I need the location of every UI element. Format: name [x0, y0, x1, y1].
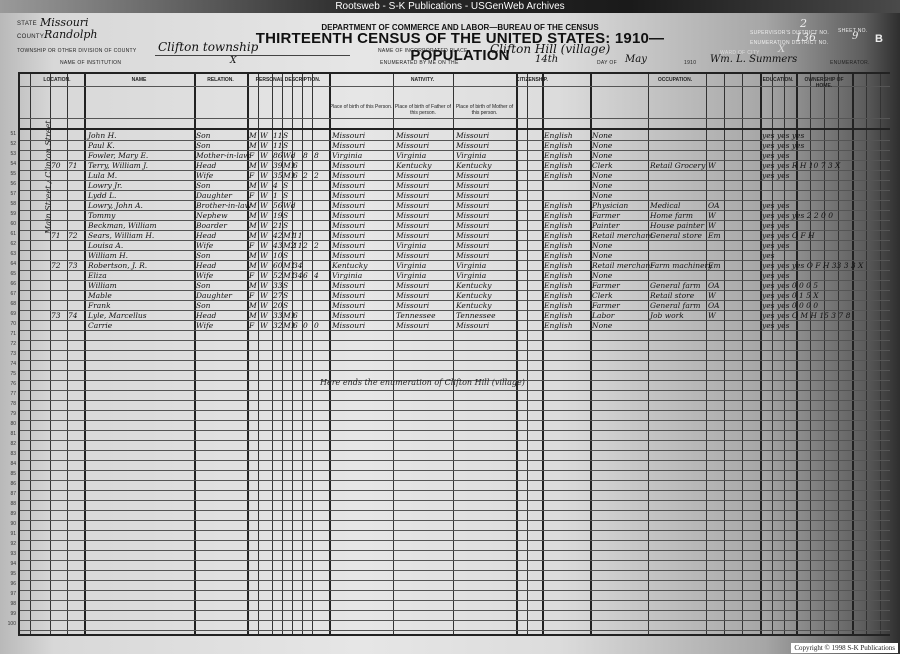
cell-mother: Missouri	[456, 201, 489, 210]
cell-name: William	[88, 281, 117, 290]
cell-relation: Nephew	[196, 211, 228, 220]
colgroup-nativity: Nativity.	[329, 77, 516, 83]
row-divider	[20, 540, 890, 541]
cell-age: 11	[273, 141, 283, 150]
cell-sex: M	[249, 201, 257, 210]
cell-birth: Missouri	[332, 181, 365, 190]
year-label: 1910	[684, 60, 696, 66]
line-number: 62	[4, 241, 16, 247]
cell-trade: None	[592, 321, 612, 330]
cell-edu: yes yes yes	[762, 131, 804, 140]
cell-name: Lula M.	[88, 171, 117, 180]
cell-name: Carrie	[88, 321, 112, 330]
row-divider	[20, 470, 890, 471]
cell-relation: Brother-in-law	[196, 201, 251, 210]
cell-father: Virginia	[396, 261, 426, 270]
cell-family: 72	[68, 231, 78, 240]
cell-age: 32	[273, 321, 283, 330]
line-number: 97	[4, 591, 16, 597]
township-label: Township or other division of county	[17, 48, 137, 54]
line-number: 82	[4, 441, 16, 447]
row-divider	[20, 240, 890, 241]
cell-father: Missouri	[396, 231, 429, 240]
cell-sex: F	[249, 171, 254, 180]
line-number: 71	[4, 331, 16, 337]
cell-yrs: 6	[293, 321, 298, 330]
row-divider	[20, 620, 890, 621]
colgroup-citizenship: Citizenship.	[516, 77, 542, 83]
line-number: 54	[4, 161, 16, 167]
state-label: State	[17, 21, 37, 27]
cell-mother: Kentucky	[456, 281, 492, 290]
cell-marital: S	[283, 211, 288, 220]
line-number: 60	[4, 221, 16, 227]
cell-name: Lowry Jr.	[88, 181, 122, 190]
cell-birth: Missouri	[332, 251, 365, 260]
cell-sex: M	[249, 231, 257, 240]
cell-birth: Missouri	[332, 131, 365, 140]
cell-race: W	[260, 141, 268, 150]
cell-race: W	[260, 161, 268, 170]
cell-marital: S	[283, 141, 288, 150]
cell-father: Missouri	[396, 181, 429, 190]
cell-sex: M	[249, 311, 257, 320]
cell-edu: yes yes yes 2 2 0 0	[762, 211, 833, 220]
line-number: 72	[4, 341, 16, 347]
line-number: 57	[4, 191, 16, 197]
cell-edu: yes yes	[762, 151, 789, 160]
cell-relation: Head	[196, 161, 216, 170]
cell-father: Missouri	[396, 281, 429, 290]
cell-relation: Wife	[196, 171, 213, 180]
cell-race: W	[260, 261, 268, 270]
line-number: 99	[4, 611, 16, 617]
line-number: 79	[4, 411, 16, 417]
line-number: 66	[4, 281, 16, 287]
cell-name: William H.	[88, 251, 128, 260]
cell-name: Lowry, John A.	[88, 201, 143, 210]
line-number: 88	[4, 501, 16, 507]
line-number: 81	[4, 431, 16, 437]
cell-name: Eliza	[88, 271, 107, 280]
cell-birth: Missouri	[332, 301, 365, 310]
line-number: 55	[4, 171, 16, 177]
cell-employ: W	[708, 221, 716, 230]
cell-age: 42	[273, 231, 283, 240]
enumerator-label: Enumerator.	[830, 60, 870, 66]
row-divider	[20, 200, 890, 201]
cell-age: 33	[273, 311, 283, 320]
cell-dwelling: 70	[51, 161, 61, 170]
cell-name: Frank	[88, 301, 111, 310]
cell-trade: None	[592, 181, 612, 190]
cell-trade: Farmer	[592, 301, 620, 310]
cell-edu: yes yes	[762, 321, 789, 330]
cell-relation: Daughter	[196, 291, 232, 300]
supervisor-value: 2	[800, 17, 807, 30]
line-number: 65	[4, 271, 16, 277]
cell-name: Robertson, J. R.	[88, 261, 147, 270]
line-number: 63	[4, 251, 16, 257]
cell-edu: yes yes 0 0 0 5	[762, 281, 818, 290]
cell-father: Missouri	[396, 211, 429, 220]
supervisor-label: Supervisor's District No.	[750, 30, 829, 36]
row-divider	[20, 390, 890, 391]
institution-label: Name of institution	[60, 60, 121, 66]
cell-race: W	[260, 271, 268, 280]
closing-note: Here ends the enumeration of Clifton Hil…	[320, 378, 525, 387]
cell-language: English	[544, 211, 573, 220]
cell-relation: Son	[196, 141, 210, 150]
line-number: 89	[4, 511, 16, 517]
colgroup-education: Education.	[760, 77, 796, 83]
cell-birth: Kentucky	[332, 261, 368, 270]
cell-yrs: 34	[293, 261, 303, 270]
cell-birth: Missouri	[332, 171, 365, 180]
cell-relation: Son	[196, 181, 210, 190]
cell-edu: yes yes yes O F H 33 3 3 X	[762, 261, 863, 270]
cell-name: Tommy	[88, 211, 115, 220]
census-page-scan: Rootsweb - S-K Publications - USGenWeb A…	[0, 0, 900, 654]
cell-language: English	[544, 291, 573, 300]
cell-relation: Head	[196, 311, 216, 320]
cell-name: John H.	[88, 131, 117, 140]
cell-birth: Missouri	[332, 231, 365, 240]
line-number: 67	[4, 291, 16, 297]
line-number: 86	[4, 481, 16, 487]
line-number: 68	[4, 301, 16, 307]
institution-value: X	[230, 56, 236, 66]
cell-language: English	[544, 131, 573, 140]
row-divider	[20, 150, 890, 151]
line-number: 70	[4, 321, 16, 327]
cell-age: 39	[273, 161, 283, 170]
cell-age: 10	[273, 251, 283, 260]
cell-family: 71	[68, 161, 78, 170]
cell-race: W	[260, 231, 268, 240]
cell-birth: Missouri	[332, 191, 365, 200]
cell-living: 2	[314, 241, 319, 250]
cell-born: 6	[303, 271, 308, 280]
colgroup-ownership: Ownership of Home.	[796, 77, 852, 89]
cell-race: W	[260, 181, 268, 190]
line-number: 78	[4, 401, 16, 407]
enumeration-value: 136	[795, 31, 816, 44]
cell-edu: yes yes	[762, 221, 789, 230]
cell-relation: Boarder	[196, 221, 227, 230]
cell-sex: F	[249, 151, 254, 160]
line-number: 87	[4, 491, 16, 497]
cell-mother: Missouri	[456, 321, 489, 330]
cell-sex: M	[249, 281, 257, 290]
row-divider	[20, 260, 890, 261]
cell-employ: OA	[708, 201, 720, 210]
cell-trade: None	[592, 151, 612, 160]
cell-mother: Missouri	[456, 191, 489, 200]
row-divider	[20, 280, 890, 281]
cell-father: Missouri	[396, 251, 429, 260]
cell-language: English	[544, 311, 573, 320]
cell-language: English	[544, 261, 573, 270]
cell-sex: M	[249, 301, 257, 310]
row-divider	[20, 430, 890, 431]
cell-birth: Missouri	[332, 201, 365, 210]
row-divider	[20, 310, 890, 311]
cell-relation: Son	[196, 301, 210, 310]
row-divider	[20, 330, 890, 331]
ward-value: X	[778, 44, 785, 55]
line-number: 84	[4, 461, 16, 467]
cell-sex: M	[249, 261, 257, 270]
ward-label: Ward of city	[720, 50, 760, 56]
cell-race: W	[260, 221, 268, 230]
cell-age: 43	[273, 241, 283, 250]
cell-relation: Head	[196, 261, 216, 270]
line-number: 96	[4, 581, 16, 587]
cell-employ: W	[708, 311, 716, 320]
row-divider	[20, 510, 890, 511]
cell-edu: yes yes O F H	[762, 231, 814, 240]
nativity-self: Place of birth of this Person.	[329, 104, 393, 110]
row-divider	[20, 190, 890, 191]
line-number: 80	[4, 421, 16, 427]
cell-employ: W	[708, 291, 716, 300]
cell-sex: M	[249, 131, 257, 140]
cell-race: W	[260, 171, 268, 180]
day-of-label: day of	[597, 60, 617, 66]
row-divider	[20, 350, 890, 351]
cell-name: Sears, William H.	[88, 231, 154, 240]
cell-relation: Son	[196, 251, 210, 260]
line-number: 59	[4, 211, 16, 217]
cell-dwelling: 73	[51, 311, 61, 320]
cell-race: W	[260, 321, 268, 330]
cell-mother: Missouri	[456, 141, 489, 150]
row-divider	[20, 140, 890, 141]
cell-edu: yes yes 0 0 0 0	[762, 301, 818, 310]
cell-sex: F	[249, 321, 254, 330]
row-divider	[20, 480, 890, 481]
cell-relation: Wife	[196, 271, 213, 280]
cell-born: 8	[303, 151, 308, 160]
row-divider	[20, 320, 890, 321]
cell-birth: Virginia	[332, 151, 362, 160]
line-number: 91	[4, 531, 16, 537]
cell-employ: W	[708, 211, 716, 220]
cell-trade: Labor	[592, 311, 614, 320]
cell-industry: Farm machinery	[650, 261, 712, 270]
cell-employ: OA	[708, 301, 720, 310]
cell-father: Missouri	[396, 141, 429, 150]
row-divider	[20, 520, 890, 521]
cell-father: Missouri	[396, 291, 429, 300]
line-number: 83	[4, 451, 16, 457]
cell-industry: General farm	[650, 281, 700, 290]
cell-race: W	[260, 251, 268, 260]
cell-relation: Daughter	[196, 191, 232, 200]
row-divider	[20, 450, 890, 451]
line-number: 92	[4, 541, 16, 547]
cell-language: English	[544, 281, 573, 290]
cell-living: 4	[314, 271, 319, 280]
cell-race: W	[260, 301, 268, 310]
line-number: 95	[4, 571, 16, 577]
cell-trade: Clerk	[592, 291, 613, 300]
cell-employ: OA	[708, 281, 720, 290]
cell-father: Missouri	[396, 191, 429, 200]
cell-relation: Mother-in-law	[196, 151, 250, 160]
cell-edu: yes	[762, 251, 775, 260]
cell-language: English	[544, 161, 573, 170]
cell-industry: Home farm	[650, 211, 693, 220]
cell-father: Missouri	[396, 301, 429, 310]
cell-mother: Kentucky	[456, 301, 492, 310]
cell-mother: Kentucky	[456, 291, 492, 300]
cell-industry: Medical	[650, 201, 680, 210]
row-divider	[20, 550, 890, 551]
month-value: May	[625, 54, 647, 65]
cell-name: Lydd L.	[88, 191, 116, 200]
cell-age: 86	[273, 151, 283, 160]
cell-name: Beckman, William	[88, 221, 157, 230]
cell-birth: Missouri	[332, 321, 365, 330]
cell-name: Louisa A.	[88, 241, 123, 250]
cell-industry: Retail store	[650, 291, 694, 300]
cell-marital: S	[283, 251, 288, 260]
cell-age: 1	[273, 191, 278, 200]
cell-living: 8	[314, 151, 319, 160]
cell-race: W	[260, 131, 268, 140]
cell-race: W	[260, 291, 268, 300]
nativity-mother: Place of birth of Mother of this person.	[453, 104, 516, 116]
cell-trade: None	[592, 251, 612, 260]
colgroup-location: Location.	[30, 77, 84, 83]
nativity-father: Place of birth of Father of this person.	[393, 104, 453, 116]
cell-edu: yes yes	[762, 171, 789, 180]
cell-employ: W	[708, 161, 716, 170]
cell-trade: None	[592, 191, 612, 200]
cell-language: English	[544, 271, 573, 280]
row-divider	[20, 610, 890, 611]
cell-age: 4	[273, 181, 278, 190]
cell-mother: Missouri	[456, 171, 489, 180]
row-divider	[20, 600, 890, 601]
cell-relation: Son	[196, 131, 210, 140]
cell-family: 73	[68, 261, 78, 270]
cell-relation: Son	[196, 281, 210, 290]
street-name: Main Street / Clinton Street	[44, 120, 53, 234]
colgroup-occupation: Occupation.	[590, 77, 760, 83]
cell-father: Virginia	[396, 151, 426, 160]
cell-born: 2	[303, 241, 308, 250]
cell-yrs: 34	[293, 271, 303, 280]
cell-marital: Wd	[283, 151, 296, 160]
cell-sex: M	[249, 141, 257, 150]
row-divider	[20, 170, 890, 171]
cell-father: Tennessee	[396, 311, 436, 320]
cell-father: Missouri	[396, 221, 429, 230]
row-divider	[20, 160, 890, 161]
row-divider	[20, 500, 890, 501]
cell-race: W	[260, 211, 268, 220]
cell-trade: None	[592, 141, 612, 150]
line-number: 93	[4, 551, 16, 557]
line-number: 74	[4, 361, 16, 367]
line-number: 69	[4, 311, 16, 317]
cell-sex: F	[249, 291, 254, 300]
cell-mother: Missouri	[456, 241, 489, 250]
sheet-side: B	[875, 33, 883, 45]
cell-father: Missouri	[396, 131, 429, 140]
row-divider	[20, 300, 890, 301]
cell-mother: Missouri	[456, 221, 489, 230]
cell-trade: Farmer	[592, 281, 620, 290]
row-divider	[20, 590, 890, 591]
cell-mother: Virginia	[456, 261, 486, 270]
cell-born: 2	[303, 171, 308, 180]
cell-yrs: 11	[293, 231, 303, 240]
cell-yrs: 11	[293, 241, 303, 250]
cell-edu: yes yes 0 1 5 X	[762, 291, 819, 300]
cell-father: Missouri	[396, 321, 429, 330]
cell-age: 52	[273, 271, 283, 280]
line-number: 77	[4, 391, 16, 397]
row-divider	[20, 460, 890, 461]
cell-father: Virginia	[396, 241, 426, 250]
cell-yrs: 6	[293, 311, 298, 320]
cell-living: 0	[314, 321, 319, 330]
cell-language: English	[544, 231, 573, 240]
cell-relation: Wife	[196, 321, 213, 330]
row-divider	[20, 370, 890, 371]
cell-language: English	[544, 141, 573, 150]
line-number: 51	[4, 131, 16, 137]
cell-birth: Missouri	[332, 311, 365, 320]
cell-name: Mable	[88, 291, 112, 300]
row-divider	[20, 210, 890, 211]
row-divider	[20, 560, 890, 561]
row-divider	[20, 400, 890, 401]
cell-language: English	[544, 241, 573, 250]
cell-trade: Clerk	[592, 161, 613, 170]
cell-language: English	[544, 301, 573, 310]
cell-age: 11	[273, 131, 283, 140]
cell-race: W	[260, 191, 268, 200]
cell-trade: Physician	[592, 201, 628, 210]
cell-marital: S	[283, 301, 288, 310]
cell-marital: S	[283, 291, 288, 300]
row-divider	[20, 580, 890, 581]
cell-name: Terry, William J.	[88, 161, 148, 170]
cell-sex: M	[249, 181, 257, 190]
cell-employ: Em	[708, 261, 721, 270]
cell-mother: Virginia	[456, 271, 486, 280]
row-divider	[20, 290, 890, 291]
row-divider	[20, 420, 890, 421]
enumerated-day: 14th	[535, 54, 558, 65]
cell-edu: yes yes R H 10 7 3 X	[762, 161, 840, 170]
colgroup-personal: Personal Description.	[247, 77, 329, 83]
cell-age: 19	[273, 211, 283, 220]
cell-language: English	[544, 151, 573, 160]
cell-race: W	[260, 311, 268, 320]
cell-marital: S	[283, 181, 288, 190]
line-number: 94	[4, 561, 16, 567]
cell-language: English	[544, 251, 573, 260]
cell-age: 60	[273, 261, 283, 270]
cell-mother: Tennessee	[456, 311, 496, 320]
cell-age: 27	[273, 291, 283, 300]
